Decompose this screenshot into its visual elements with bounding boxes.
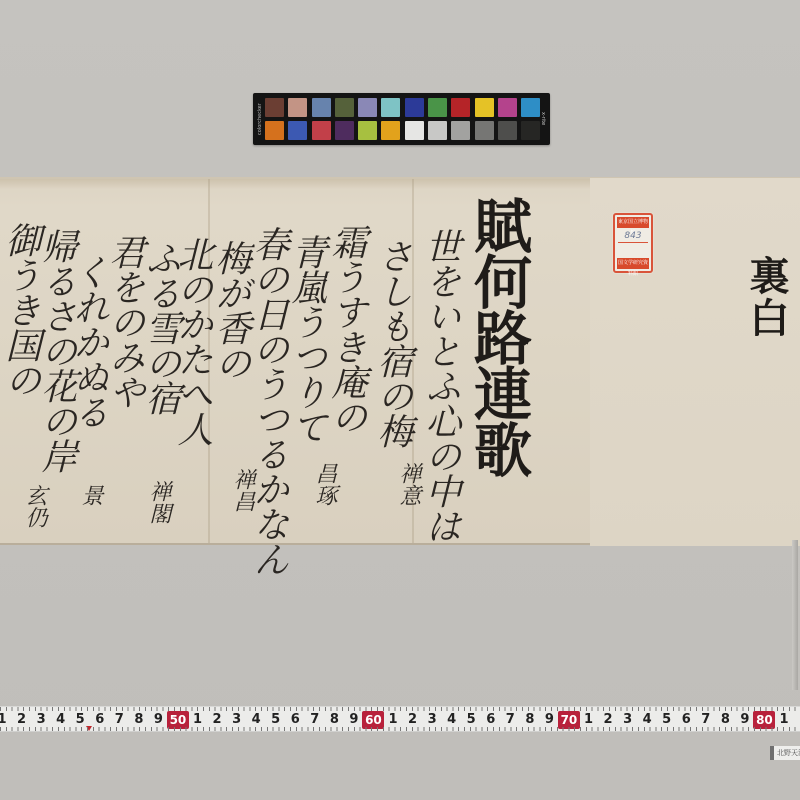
label-header: 東京国立博物館	[617, 217, 649, 228]
color-swatch	[288, 98, 307, 117]
color-swatch	[405, 121, 424, 140]
verse-line: 君をのみや	[104, 234, 144, 409]
color-swatch-grid	[265, 98, 540, 140]
poet-name: 禅昌	[230, 468, 254, 512]
color-swatch	[475, 98, 494, 117]
xrite-logo: x-rite	[539, 97, 547, 141]
verse-line: さしも宿の梅	[372, 238, 412, 448]
color-swatch	[381, 121, 400, 140]
photo-background: colorchecker x-rite 賦何路連歌 裏白 世をいとふ心の中は 禅…	[0, 0, 800, 800]
color-swatch	[451, 98, 470, 117]
manuscript-right-label: 裏白	[744, 255, 788, 339]
color-swatch	[521, 98, 540, 117]
verse-line: 帰るさの花の岸	[36, 228, 76, 473]
color-swatch	[498, 98, 517, 117]
poet-name: 禅閣	[146, 480, 170, 524]
ruler-ticks	[0, 727, 800, 731]
color-swatch	[428, 121, 447, 140]
verse-line: ふる雪の宿	[140, 240, 180, 415]
color-swatch	[312, 98, 331, 117]
poet-name: 禅意	[396, 462, 420, 506]
library-catalog-label: 東京国立博物館 843 国文学研究資料館	[613, 213, 653, 273]
color-swatch	[265, 98, 284, 117]
color-checker-brand: colorchecker	[256, 97, 264, 141]
label-catalog-number: 843	[618, 230, 648, 243]
color-swatch	[405, 98, 424, 117]
color-swatch	[358, 121, 377, 140]
verse-line: 梅が香の	[210, 240, 250, 380]
verse-line: 霜うすき庵の	[326, 224, 366, 434]
archive-tag: 北野天満宮	[770, 746, 800, 760]
verse-line: 世をいとふ心の中は	[420, 228, 460, 543]
color-swatch	[335, 121, 354, 140]
poet-name: 昌琢	[312, 462, 336, 506]
color-swatch	[265, 121, 284, 140]
color-checker-card: colorchecker x-rite	[253, 93, 550, 145]
verse-line: 御うき国の	[0, 222, 40, 397]
color-swatch	[451, 121, 470, 140]
mount-edge	[792, 540, 798, 690]
poet-name: 玄仍	[22, 484, 46, 528]
poet-name: 景	[78, 484, 102, 506]
color-swatch	[335, 98, 354, 117]
label-footer: 国文学研究資料館	[617, 258, 649, 269]
color-swatch	[358, 98, 377, 117]
color-swatch	[428, 98, 447, 117]
manuscript-title: 賦何路連歌	[468, 196, 528, 476]
color-swatch	[475, 121, 494, 140]
color-swatch	[312, 121, 331, 140]
measuring-tape: 1234567895012345678960123456789701234567…	[0, 706, 800, 732]
color-swatch	[288, 121, 307, 140]
color-swatch	[498, 121, 517, 140]
color-swatch	[521, 121, 540, 140]
color-swatch	[381, 98, 400, 117]
verse-line: 春の日のうつるかなん	[248, 226, 288, 576]
verse-line: 青嵐うつりて	[286, 234, 326, 444]
